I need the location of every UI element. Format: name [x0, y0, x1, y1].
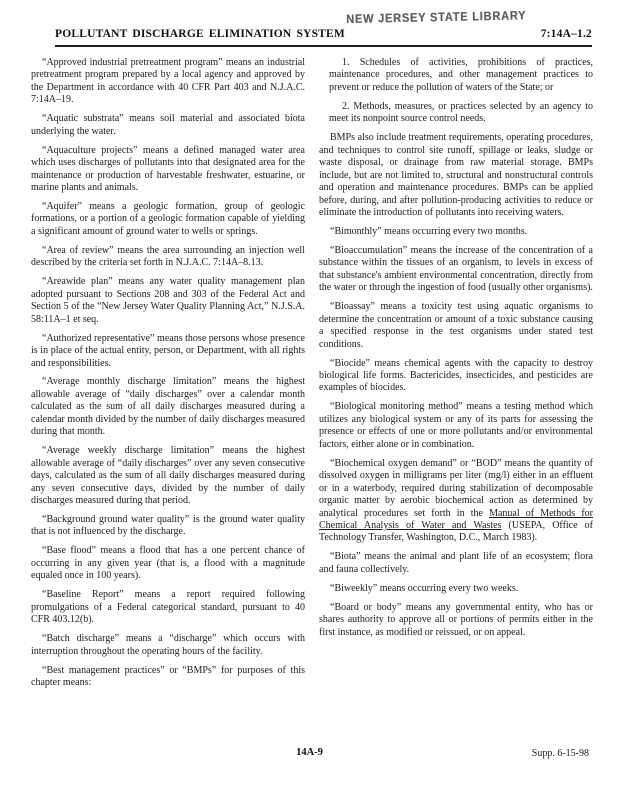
supplement-note: Supp. 6-15-98 — [532, 748, 589, 759]
right-column: 1. Schedules of activities, prohibitions… — [319, 57, 593, 696]
definition-paragraph: “Biological monitoring method” means a t… — [319, 401, 593, 451]
definition-paragraph: “Biocide” means chemical agents with the… — [319, 358, 593, 395]
definition-paragraph: “Best management practices” or “BMPs” fo… — [31, 665, 305, 690]
definition-paragraph: “Bimonthly” means occurring every two mo… — [319, 226, 593, 238]
definition-paragraph: “Areawide plan” means any water quality … — [31, 276, 305, 326]
definition-paragraph: “Biota” means the animal and plant life … — [319, 551, 593, 576]
definition-paragraph: “Board or body” means any governmental e… — [319, 602, 593, 639]
header-rule — [55, 45, 592, 47]
definition-paragraph: “Approved industrial pretreatment progra… — [31, 57, 305, 107]
list-item-paragraph: 1. Schedules of activities, prohibitions… — [329, 57, 593, 94]
definition-paragraph: “Aquaculture projects” means a defined m… — [31, 145, 305, 195]
library-stamp: NEW JERSEY STATE LIBRARY — [346, 9, 526, 26]
left-column: “Approved industrial pretreatment progra… — [31, 57, 305, 696]
definition-paragraph: “Baseline Report” means a report require… — [31, 589, 305, 626]
definition-paragraph: BMPs also include treatment requirements… — [319, 132, 593, 219]
definition-paragraph: “Batch discharge” means a “discharge” wh… — [31, 633, 305, 658]
definition-paragraph: “Area of review” means the area surround… — [31, 245, 305, 270]
definition-paragraph: “Background ground water quality” is the… — [31, 514, 305, 539]
definition-paragraph: “Average monthly discharge limitation” m… — [31, 376, 305, 438]
definition-paragraph: “Base flood” means a flood that has a on… — [31, 545, 305, 582]
definition-paragraph: “Bioaccumulation” means the increase of … — [319, 245, 593, 295]
underlined-reference: Manual of Methods for Chemical Analysis … — [319, 508, 593, 531]
list-item-paragraph: 2. Methods, measures, or practices selec… — [329, 101, 593, 126]
definition-paragraph: “Authorized representative” means those … — [31, 333, 305, 370]
document-page: NEW JERSEY STATE LIBRARY POLLUTANT DISCH… — [0, 0, 619, 800]
definition-paragraph: “Biochemical oxygen demand” or “BOD” mea… — [319, 458, 593, 545]
page-header: POLLUTANT DISCHARGE ELIMINATION SYSTEM 7… — [55, 28, 592, 40]
header-title: POLLUTANT DISCHARGE ELIMINATION SYSTEM — [55, 28, 345, 40]
definition-paragraph: “Biweekly” means occurring every two wee… — [319, 583, 593, 595]
definition-paragraph: “Aquifer” means a geologic formation, gr… — [31, 201, 305, 238]
definition-paragraph: “Bioassay” means a toxicity test using a… — [319, 301, 593, 351]
definition-paragraph: “Aquatic substrata” means soil material … — [31, 113, 305, 138]
text-columns: “Approved industrial pretreatment progra… — [31, 57, 593, 696]
header-section-number: 7:14A–1.2 — [541, 28, 592, 40]
definition-paragraph: “Average weekly discharge limitation” me… — [31, 445, 305, 507]
page-number: 14A-9 — [0, 747, 619, 758]
